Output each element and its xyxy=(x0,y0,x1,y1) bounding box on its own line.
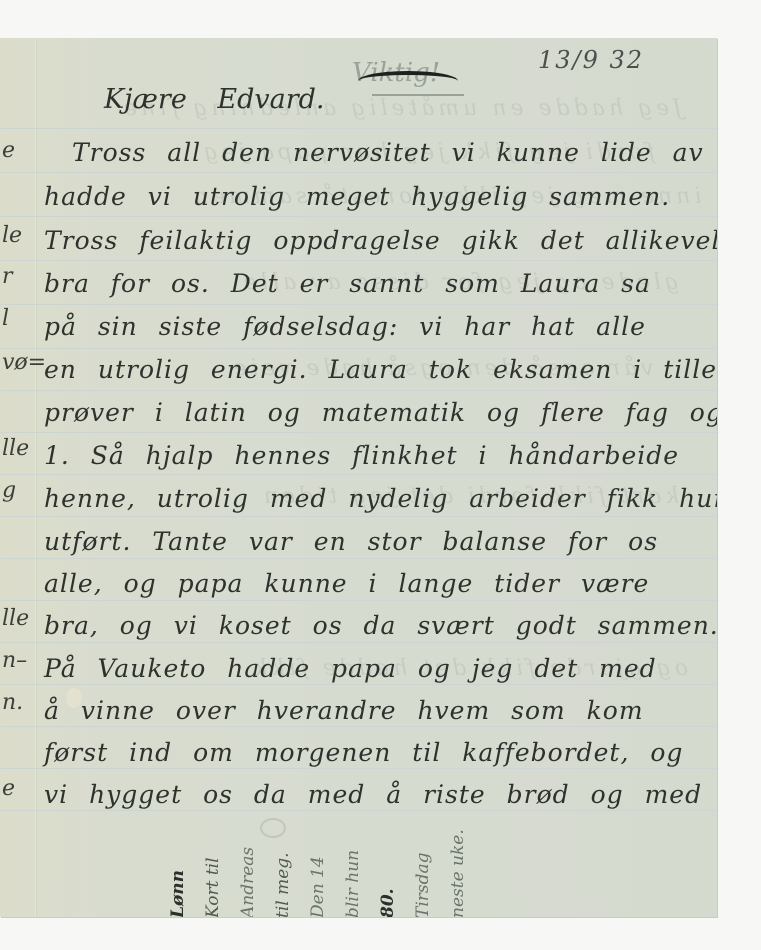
ruled-line xyxy=(0,216,717,217)
left-page-fragment: e xyxy=(2,776,15,801)
ruled-line xyxy=(0,348,717,349)
left-page-fragment: e xyxy=(2,138,15,163)
margin-note: neste uke. xyxy=(448,818,474,917)
left-page-fragment: n– xyxy=(2,648,27,673)
letter-line: på sin siste fødselsdag: vi har hat alle xyxy=(44,312,646,341)
margin-note: Den 14 xyxy=(308,818,334,917)
letter-line: vi hygget os da med å riste brød og med … xyxy=(44,780,717,809)
ruled-line xyxy=(0,260,717,261)
letter-line: bra for os. Det er sannt som Laura sa xyxy=(44,269,651,298)
ruled-line xyxy=(0,172,717,173)
letter-line: alle, og papa kunne i lange tider være xyxy=(44,569,649,598)
ruled-line xyxy=(0,600,717,601)
letter-line: henne, utrolig med nydelig arbeider fikk… xyxy=(44,484,717,513)
left-page-fragment: n. xyxy=(2,690,23,715)
letter-line: Tross feilaktig oppdragelse gikk det all… xyxy=(44,226,717,255)
margin-note: Andreas xyxy=(238,818,264,917)
letter-date: 13/9 32 xyxy=(538,46,644,74)
margin-note: til meg. xyxy=(273,818,299,917)
margin-note: blir hun xyxy=(343,818,369,917)
letter-line: en utrolig energi. Laura tok eksamen i t… xyxy=(44,355,717,384)
vertical-margin-notes: Lønn Kort til Andreas til meg. Den 14 bl… xyxy=(168,818,474,917)
letter-line: utført. Tante var en stor balanse for os xyxy=(44,527,658,556)
letter-line: hadde vi utrolig meget hyggelig sammen. xyxy=(44,182,670,211)
letter-line: å vinne over hverandre hvem som kom xyxy=(44,696,644,725)
page-fold-crease xyxy=(35,38,37,917)
margin-note: Kort til xyxy=(203,818,229,917)
ruled-line xyxy=(0,516,717,517)
letter-line: prøver i latin og matematik og flere fag… xyxy=(44,398,717,427)
letter-line: På Vauketo hadde papa og jeg det med xyxy=(44,654,657,683)
ruled-line xyxy=(0,642,717,643)
ruled-line xyxy=(0,128,717,129)
margin-note: Lønn xyxy=(168,818,194,917)
ruled-line xyxy=(0,558,717,559)
ruled-line xyxy=(0,390,717,391)
letter-page: Jeg hadde en umåtelig anledning fine for… xyxy=(0,38,717,917)
left-page-fragment: le xyxy=(2,223,22,248)
ruled-line xyxy=(0,432,717,433)
letter-line: først ind om morgenen til kaffebordet, o… xyxy=(44,738,683,767)
left-page-fragment: lle xyxy=(2,436,29,461)
letter-line: Tross all den nervøsitet vi kunne lide a… xyxy=(72,138,704,167)
left-page-fragment: vø= xyxy=(2,350,46,375)
salutation: Kjære Edvard. xyxy=(104,84,325,115)
left-page-fragment: l xyxy=(2,306,9,331)
ruled-line xyxy=(0,810,717,811)
left-page-fragment: r xyxy=(2,264,13,289)
ink-strikethrough xyxy=(358,71,458,91)
ruled-line xyxy=(0,684,717,685)
margin-note: Tirsdag xyxy=(413,818,439,917)
ruled-line xyxy=(0,304,717,305)
pencil-underline xyxy=(372,94,464,96)
margin-note: 80. xyxy=(378,818,404,917)
ruled-line xyxy=(0,726,717,727)
ruled-line xyxy=(0,768,717,769)
left-page-fragment: lle xyxy=(2,606,29,631)
left-page-fragment: g xyxy=(2,478,16,503)
letter-line: bra, og vi koset os da svært godt sammen… xyxy=(44,611,717,640)
letter-line: 1. Så hjalp hennes flinkhet i håndarbeid… xyxy=(44,441,679,470)
ruled-line xyxy=(0,474,717,475)
